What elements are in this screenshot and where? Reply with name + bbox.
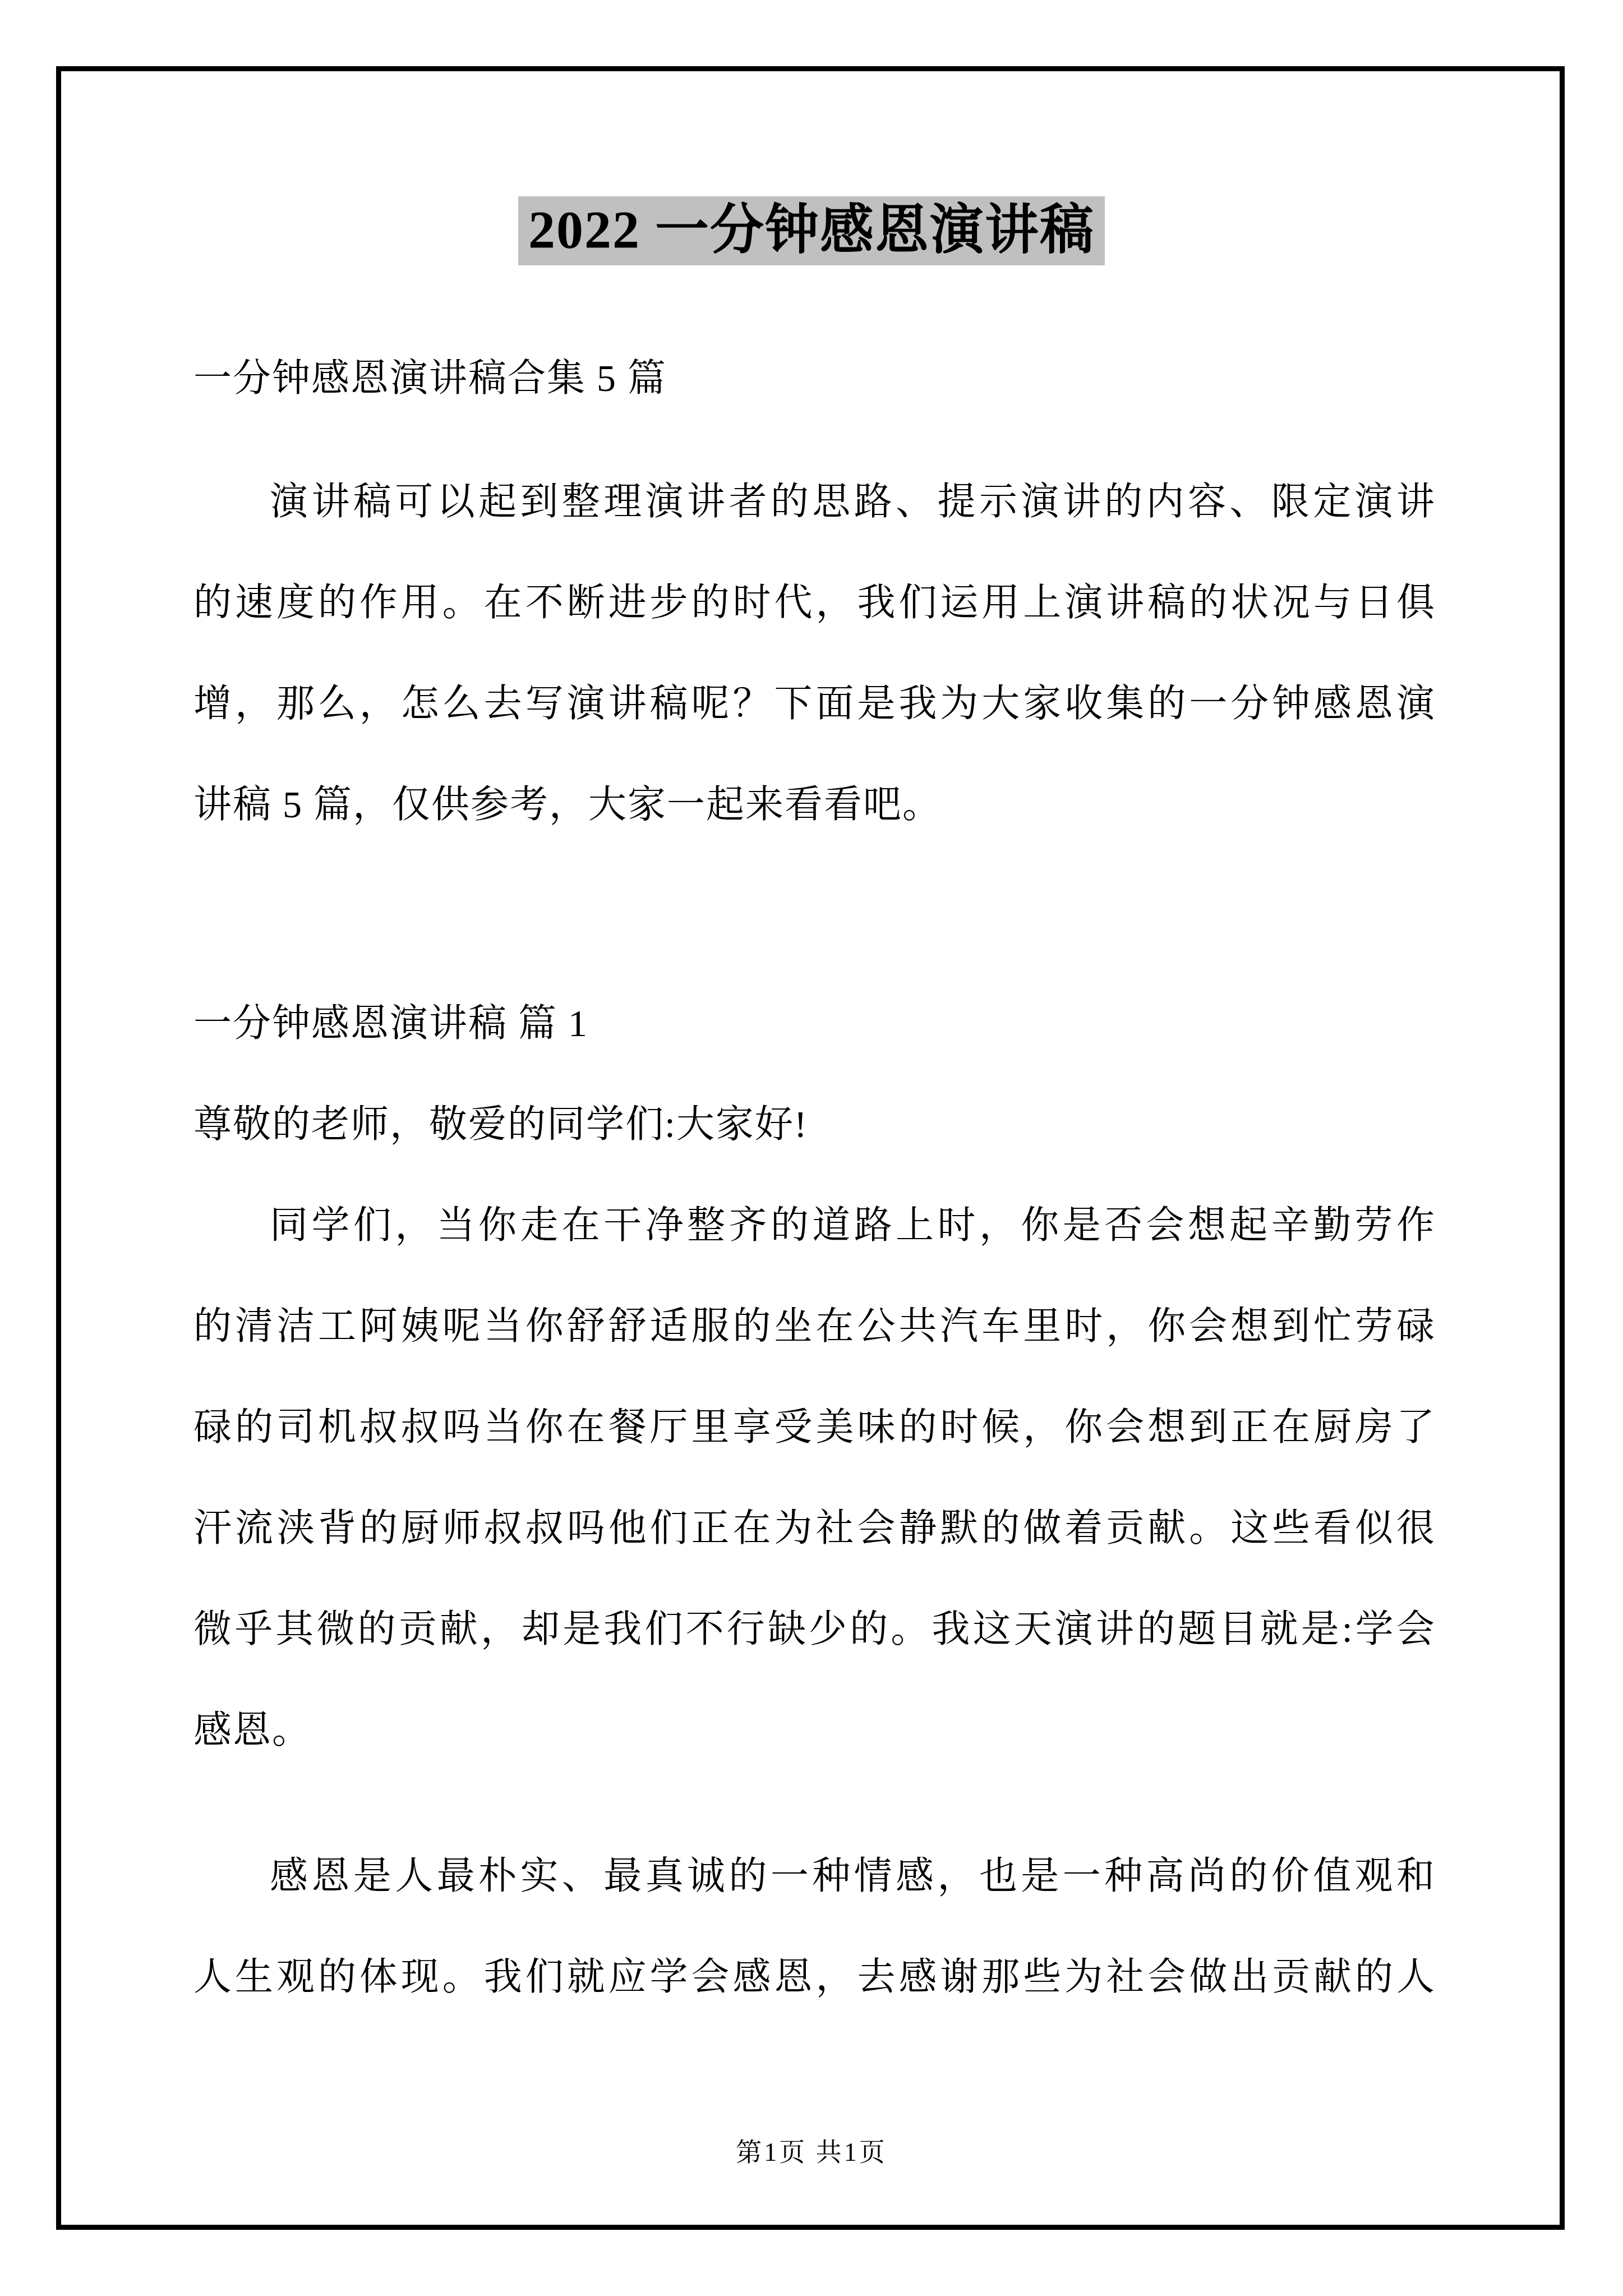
paragraph-line: 感恩是人最朴实、最真诚的一种情感，也是一种高尚的价值观和 [193,1851,1436,1901]
document-page: 2022 一分钟感恩演讲稿 一分钟感恩演讲稿合集 5 篇 演讲稿可以起到整理演讲… [0,0,1623,2296]
paragraph-line: 感恩。 [193,1705,1436,1755]
paragraph-line: 微乎其微的贡献，却是我们不行缺少的。我这天演讲的题目就是:学会 [193,1604,1436,1654]
title-highlight: 2022 一分钟感恩演讲稿 [518,196,1105,265]
paragraph-line: 同学们，当你走在干净整齐的道路上时，你是否会想起辛勤劳作 [193,1200,1436,1250]
paragraph-line: 演讲稿可以起到整理演讲者的思路、提示演讲的内容、限定演讲 [193,477,1436,526]
section-heading: 一分钟感恩演讲稿 篇 1 [193,999,1436,1048]
page-number-footer: 第1页 共1页 [0,2132,1623,2169]
document-title: 2022 一分钟感恩演讲稿 [0,191,1623,269]
paragraph-line: 增，那么，怎么去写演讲稿呢？下面是我为大家收集的一分钟感恩演 [193,679,1436,728]
paragraph-line: 讲稿 5 篇，仅供参考，大家一起来看看吧。 [193,780,1436,829]
paragraph-line: 人生观的体现。我们就应学会感恩，去感谢那些为社会做出贡献的人 [193,1952,1436,2001]
paragraph-line: 的速度的作用。在不断进步的时代，我们运用上演讲稿的状况与日俱 [193,578,1436,627]
subtitle-line: 一分钟感恩演讲稿合集 5 篇 [193,353,1436,403]
salutation-line: 尊敬的老师，敬爱的同学们:大家好! [193,1099,1436,1149]
paragraph-line: 的清洁工阿姨呢当你舒舒适服的坐在公共汽车里时，你会想到忙劳碌 [193,1301,1436,1351]
paragraph-line: 碌的司机叔叔吗当你在餐厅里享受美味的时候，你会想到正在厨房了 [193,1402,1436,1452]
paragraph-line: 汗流浃背的厨师叔叔吗他们正在为社会静默的做着贡献。这些看似很 [193,1503,1436,1553]
